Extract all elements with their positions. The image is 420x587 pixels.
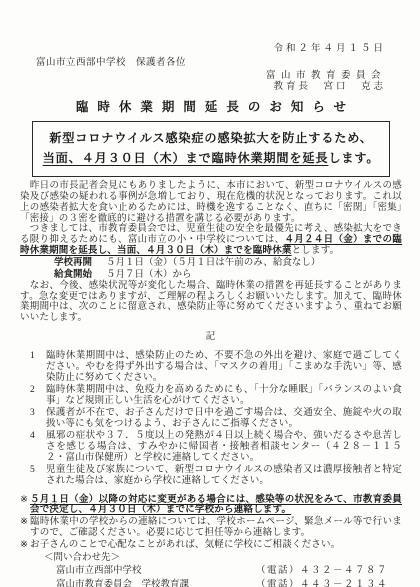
notice-box-line-2: 当面、４月３０日（木）まで臨時休業期間を延長します。 [37, 149, 385, 169]
paragraph-closing-request: なお、今後、感染状況等が変化した場合、臨時休業の措置を再延長することがあります。… [20, 281, 402, 324]
contact-name-board: 富山市教育委員会 学校教育課 [56, 580, 256, 587]
contact-phone-board: （電話）４４３－２１３４ [256, 580, 388, 587]
list-item: 5 児童生徒及び家族について、新型コロナウイルスの感染者又は濃厚接触者と特定され… [20, 465, 402, 487]
list-item-text: 臨時休業期間中は、感染防止のため、不要不急の外出を避け、家庭で過ごしてください。… [46, 351, 402, 383]
schedule-row-reopen: 学校再開 ５月１日（金）（５月１日は午前のみ、給食なし） [20, 258, 402, 269]
list-item-number: 2 [30, 385, 46, 407]
note-marker: ※ [20, 540, 30, 551]
paragraph-situation: 昨日の市長記者会見にもありましたように、本市において、新型コロナウイルスの感染及… [20, 181, 402, 224]
notice-box-line-1: 新型コロナウイルス感染症の感染拡大を防止するため、 [37, 129, 385, 149]
document-page: { "doc": { "date": "令和２年４月１５日", "address… [0, 0, 420, 587]
contact-name-school: 富山市立西部中学校 [56, 566, 256, 577]
note-row: ※ ５月１日（金）以降の対応に変更がある場合には、感染等の状況をみて、市教育委員… [20, 495, 402, 517]
contact-header: ＜問い合わせ先＞ [20, 553, 402, 564]
list-item-number: 3 [30, 408, 46, 430]
notice-box: 新型コロナウイルス感染症の感染拡大を防止するため、 当面、４月３０日（木）まで臨… [32, 121, 390, 177]
schedule-label-lunch: 給食開始 [54, 270, 92, 281]
paragraph-measures-tail: とします。 [292, 246, 340, 256]
note-marker: ※ [20, 495, 30, 517]
list-item-text: 児童生徒及び家族について、新型コロナウイルスの感染者又は濃厚接触者と特定された場… [46, 465, 402, 487]
schedule-label-reopen: 学校再開 [54, 258, 92, 269]
note-row: ※ お子さんのことで心配なことがあれば、気軽に学校にご相談ください。 [20, 540, 402, 551]
contact-row-school: 富山市立西部中学校 （電話）４３２－４７８７ [20, 566, 402, 577]
notice-box-line-2-underlined: 当面、４月３０日（木）まで臨時休業期間を延長 [43, 151, 329, 165]
list-item: 3 保護者が不在で、お子さんだけで日中を過ごす場合は、交通安全、施錠や火の取扱い… [20, 408, 402, 430]
ki-separator: 記 [20, 332, 402, 343]
note-text-communication: 臨時休業中の学校からの連絡については、学校ホームページ、緊急メール等で行いますの… [30, 517, 402, 539]
issue-date: 令和２年４月１５日 [20, 44, 402, 55]
note-marker: ※ [20, 517, 30, 539]
list-item-number: 4 [30, 431, 46, 463]
sender-block: 富山市教育委員会 教育長 宮口 克志 [20, 71, 402, 94]
note-row: ※ 臨時休業中の学校からの連絡については、学校ホームページ、緊急メール等で行いま… [20, 517, 402, 539]
note-text-consultation: お子さんのことで心配なことがあれば、気軽に学校にご相談ください。 [30, 540, 402, 551]
schedule-value-lunch: ５月７日（木）から [106, 270, 192, 281]
list-item-text: 臨時休業期間中は、免疫力を高めるためにも、「十分な睡眠」「バランスのよい食事」な… [46, 385, 402, 407]
sender-person: 教育長 宮口 克志 [20, 82, 386, 93]
addressee: 富山市立西部中学校 保護者各位 [20, 58, 402, 69]
notes-block: ※ ５月１日（金）以降の対応に変更がある場合には、感染等の状況をみて、市教育委員… [20, 495, 402, 551]
list-item-number: 1 [30, 351, 46, 383]
schedule-block: 学校再開 ５月１日（金）（５月１日は午前のみ、給食なし） 給食開始 ５月７日（木… [20, 258, 402, 281]
list-item-text: 風邪の症状や３７．５度以上の発熱が４日以上続く場合や、強いだるさや息苦しさを感じ… [46, 431, 402, 463]
paragraph-measures: つきましては、市教育委員会では、児童生徒の安全を最優先に考え、感染拡大をできる限… [20, 224, 402, 256]
document-title: 臨時休業期間延長のお知らせ [20, 98, 402, 116]
list-item-text: 保護者が不在で、お子さんだけで日中を過ごす場合は、交通安全、施錠や火の取扱い等に… [46, 408, 402, 430]
schedule-row-lunch: 給食開始 ５月７日（木）から [20, 270, 402, 281]
list-item: 1 臨時休業期間中は、感染防止のため、不要不急の外出を避け、家庭で過ごしてくださ… [20, 351, 402, 383]
contact-phone-school: （電話）４３２－４７８７ [256, 566, 388, 577]
notice-list: 1 臨時休業期間中は、感染防止のため、不要不急の外出を避け、家庭で過ごしてくださ… [20, 351, 402, 487]
notice-box-line-2-tail: します。 [328, 151, 379, 165]
list-item: 2 臨時休業期間中は、免疫力を高めるためにも、「十分な睡眠」「バランスのよい食事… [20, 385, 402, 407]
note-text-decision: ５月１日（金）以降の対応に変更がある場合には、感染等の状況をみて、市教育委員会で… [30, 495, 402, 517]
contact-row-board: 富山市教育委員会 学校教育課 （電話）４４３－２１３４ [20, 580, 402, 587]
list-item: 4 風邪の症状や３７．５度以上の発熱が４日以上続く場合や、強いだるさや息苦しさを… [20, 431, 402, 463]
list-item-number: 5 [30, 465, 46, 487]
schedule-value-reopen: ５月１日（金）（５月１日は午前のみ、給食なし） [106, 258, 320, 269]
sender-organization: 富山市教育委員会 [20, 71, 386, 82]
